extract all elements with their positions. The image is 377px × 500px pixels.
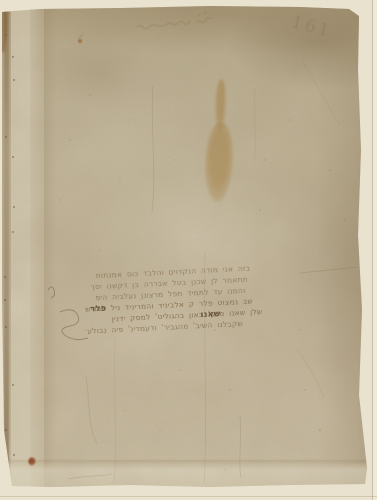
hebrew-text-block: בזה אני מודה הנקדוים והלבד כוס אמנתות תת… xyxy=(48,259,272,350)
mount-right-margin xyxy=(373,0,377,500)
bottom-turned-edge xyxy=(2,460,367,487)
gutter-fold-band xyxy=(30,0,44,500)
hebrew-bold-word: שאנו xyxy=(200,308,220,319)
hebrew-bold-word: פלר xyxy=(90,303,107,314)
binding-gutter-streak xyxy=(4,0,9,500)
gutter-light-band xyxy=(11,0,30,500)
mount-bottom-edge-line xyxy=(0,496,377,497)
mount-right-edge-line xyxy=(372,0,373,500)
parchment-leaf: 161 בזה אני מודה הנקדוים והלבד כוס אמנתו… xyxy=(0,0,377,500)
ink-stain-drip-body xyxy=(203,121,235,202)
faded-inscription xyxy=(137,12,212,29)
right-edge-ink-mark xyxy=(360,262,366,271)
brown-fleck xyxy=(78,39,82,43)
hebrew-line: שקבלנו השיב' מהגביר' ודעמדינ' פיה נבולע xyxy=(87,319,243,336)
gutter-inner-shadow xyxy=(44,0,57,500)
faded-folio-number: 161 xyxy=(289,12,334,41)
manuscript-photo: 161 בזה אני מודה הנקדוים והלבד כוס אמנתו… xyxy=(0,0,377,500)
red-wax-spot xyxy=(28,457,36,466)
